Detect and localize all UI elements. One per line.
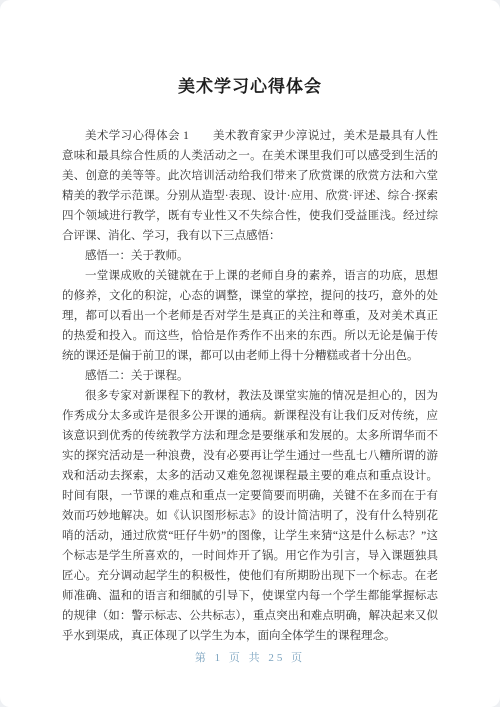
paragraph-insight-2-heading: 感悟二：关于课程。 — [62, 366, 438, 386]
paragraph-insight-2-body: 很多专家对新课程下的教材，教法及课堂实施的情况是担心的，因为作秀成分太多或许是很… — [62, 386, 438, 646]
paragraph-intro: 美术学习心得体会 1 美术教育家尹少淳说过，美术是最具有人性意味和最具综合性质的… — [62, 126, 438, 246]
document-body: 美术学习心得体会 1 美术教育家尹少淳说过，美术是最具有人性意味和最具综合性质的… — [62, 126, 438, 646]
page-number-indicator: 第 1 页 共 25 页 — [0, 649, 500, 665]
paragraph-insight-1-heading: 感悟一：关于教师。 — [62, 246, 438, 266]
paragraph-insight-1-body: 一堂课成败的关键就在于上课的老师自身的素养，语言的功底，思想的修养，文化的积淀，… — [62, 266, 438, 366]
document-page: 美术学习心得体会 美术学习心得体会 1 美术教育家尹少淳说过，美术是最具有人性意… — [0, 0, 500, 707]
page-title: 美术学习心得体会 — [0, 0, 500, 98]
